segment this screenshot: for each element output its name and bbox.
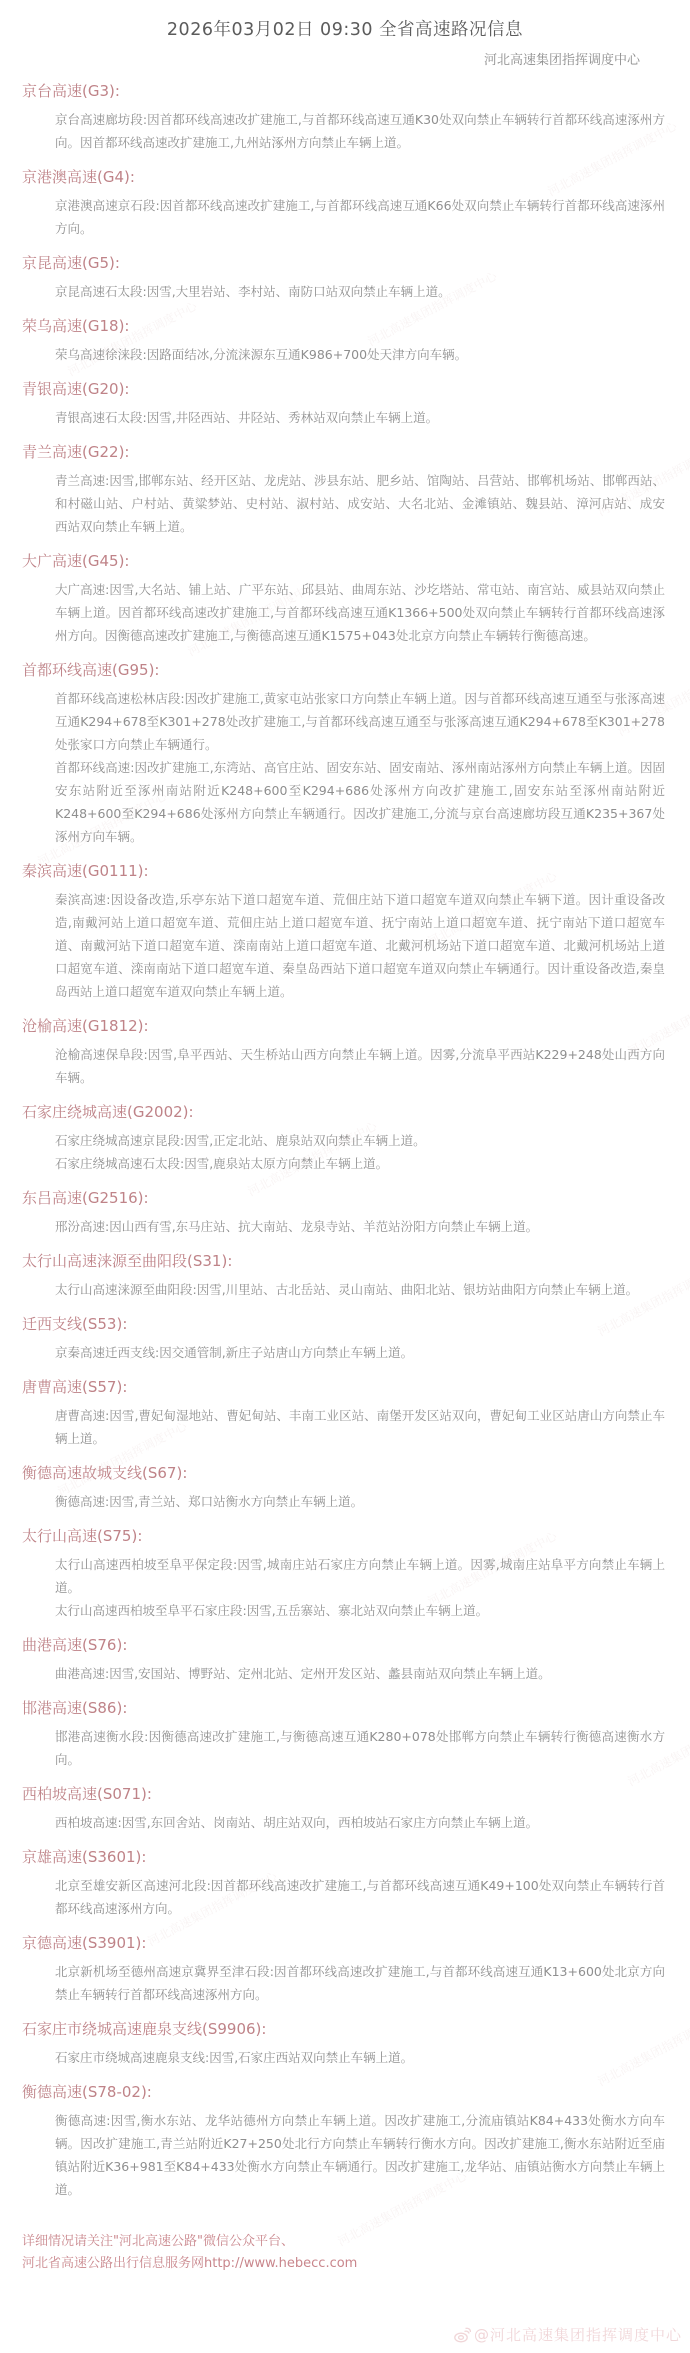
road-name: 青兰高速(G22):: [0, 442, 690, 462]
footer-note-line2: 河北省高速公路出行信息服务网http://www.hebecc.com: [22, 2253, 665, 2275]
road-section: 邯港高速(S86):邯港高速衡水段:因衡德高速改扩建施工,与衡德高速互通K280…: [0, 1698, 690, 1771]
road-info-paragraph: 首都环线高速:因改扩建施工,东湾站、高官庄站、固安东站、固安南站、涿州南站涿州方…: [55, 756, 665, 848]
road-info-paragraph: 太行山高速涞源至曲阳段:因雪,川里站、古北岳站、灵山南站、曲阳北站、银坊站曲阳方…: [55, 1278, 665, 1301]
road-info-paragraph: 荣乌高速徐涞段:因路面结冰,分流涞源东互通K986+700处天津方向车辆。: [55, 343, 665, 366]
road-section: 京雄高速(S3601):北京至雄安新区高速河北段:因首都环线高速改扩建施工,与首…: [0, 1847, 690, 1920]
road-section: 西柏坡高速(S071):西柏坡高速:因雪,东回舍站、岗南站、胡庄站双向，西柏坡站…: [0, 1784, 690, 1834]
traffic-report-page: 2026年03月02日 09:30 全省高速路况信息 河北高速集团指挥调度中心 …: [0, 0, 690, 2353]
road-section: 京台高速(G3):京台高速廊坊段:因首都环线高速改扩建施工,与首都环线高速互通K…: [0, 81, 690, 154]
footer-note: 详细情况请关注"河北高速公路"微信公众平台、 河北省高速公路出行信息服务网htt…: [22, 2231, 665, 2275]
road-info-paragraph: 青银高速石太段:因雪,井陉西站、井陉站、秀林站双向禁止车辆上道。: [55, 406, 665, 429]
road-name: 沧榆高速(G1812):: [0, 1016, 690, 1036]
road-section: 京德高速(S3901):北京新机场至德州高速京冀界至津石段:因首都环线高速改扩建…: [0, 1933, 690, 2006]
road-name: 太行山高速涞源至曲阳段(S31):: [0, 1251, 690, 1271]
page-title: 2026年03月02日 09:30 全省高速路况信息: [0, 0, 690, 41]
road-section: 首都环线高速(G95):首都环线高速松林店段:因改扩建施工,黄家屯站张家口方向禁…: [0, 660, 690, 848]
road-name: 太行山高速(S75):: [0, 1526, 690, 1546]
road-name: 青银高速(G20):: [0, 379, 690, 399]
road-info-paragraph: 邯港高速衡水段:因衡德高速改扩建施工,与衡德高速互通K280+078处邯郸方向禁…: [55, 1725, 665, 1771]
road-name: 秦滨高速(G0111):: [0, 861, 690, 881]
road-section: 迁西支线(S53):京秦高速迁西支线:因交通管制,新庄子站唐山方向禁止车辆上道。: [0, 1314, 690, 1364]
road-name: 京雄高速(S3601):: [0, 1847, 690, 1867]
road-section: 石家庄绕城高速(G2002):石家庄绕城高速京昆段:因雪,正定北站、鹿泉站双向禁…: [0, 1102, 690, 1175]
road-name: 东吕高速(G2516):: [0, 1188, 690, 1208]
watermark-credit-text: @河北高速集团指挥调度中心: [474, 2324, 682, 2345]
road-section: 太行山高速(S75):太行山高速西柏坡至阜平保定段:因雪,城南庄站石家庄方向禁止…: [0, 1526, 690, 1622]
road-section: 青兰高速(G22):青兰高速:因雪,邯郸东站、经开区站、龙虎站、涉县东站、肥乡站…: [0, 442, 690, 538]
road-name: 曲港高速(S76):: [0, 1635, 690, 1655]
road-section: 沧榆高速(G1812):沧榆高速保阜段:因雪,阜平西站、天生桥站山西方向禁止车辆…: [0, 1016, 690, 1089]
road-name: 首都环线高速(G95):: [0, 660, 690, 680]
road-name: 石家庄市绕城高速鹿泉支线(S9906):: [0, 2019, 690, 2039]
road-info-paragraph: 北京至雄安新区高速河北段:因首都环线高速改扩建施工,与首都环线高速互通K49+1…: [55, 1874, 665, 1920]
road-info-paragraph: 曲港高速:因雪,安国站、博野站、定州北站、定州开发区站、蠡县南站双向禁止车辆上道…: [55, 1662, 665, 1685]
road-section: 京昆高速(G5):京昆高速石太段:因雪,大里岩站、李村站、南防口站双向禁止车辆上…: [0, 253, 690, 303]
road-section: 秦滨高速(G0111):秦滨高速:因设备改造,乐亭东站下道口超宽车道、荒佃庄站下…: [0, 861, 690, 1003]
road-info-paragraph: 北京新机场至德州高速京冀界至津石段:因首都环线高速改扩建施工,与首都环线高速互通…: [55, 1960, 665, 2006]
road-info-paragraph: 秦滨高速:因设备改造,乐亭东站下道口超宽车道、荒佃庄站下道口超宽车道双向禁止车辆…: [55, 888, 665, 1003]
road-name: 迁西支线(S53):: [0, 1314, 690, 1334]
road-name: 邯港高速(S86):: [0, 1698, 690, 1718]
road-info-paragraph: 西柏坡高速:因雪,东回舍站、岗南站、胡庄站双向，西柏坡站石家庄方向禁止车辆上道。: [55, 1811, 665, 1834]
road-info-paragraph: 石家庄市绕城高速鹿泉支线:因雪,石家庄西站双向禁止车辆上道。: [55, 2046, 665, 2069]
road-section: 太行山高速涞源至曲阳段(S31):太行山高速涞源至曲阳段:因雪,川里站、古北岳站…: [0, 1251, 690, 1301]
road-name: 衡德高速(S78-02):: [0, 2082, 690, 2102]
road-info-paragraph: 太行山高速西柏坡至阜平保定段:因雪,城南庄站石家庄方向禁止车辆上道。因雾,城南庄…: [55, 1553, 665, 1599]
road-info-paragraph: 京秦高速迁西支线:因交通管制,新庄子站唐山方向禁止车辆上道。: [55, 1341, 665, 1364]
road-section: 青银高速(G20):青银高速石太段:因雪,井陉西站、井陉站、秀林站双向禁止车辆上…: [0, 379, 690, 429]
road-section: 唐曹高速(S57):唐曹高速:因雪,曹妃甸湿地站、曹妃甸站、丰南工业区站、南堡开…: [0, 1377, 690, 1450]
road-name: 京德高速(S3901):: [0, 1933, 690, 1953]
road-info-paragraph: 大广高速:因雪,大名站、铺上站、广平东站、邱县站、曲周东站、沙圪塔站、常屯站、南…: [55, 578, 665, 647]
road-info-paragraph: 青兰高速:因雪,邯郸东站、经开区站、龙虎站、涉县东站、肥乡站、馆陶站、吕营站、邯…: [55, 469, 665, 538]
road-section: 大广高速(G45):大广高速:因雪,大名站、铺上站、广平东站、邱县站、曲周东站、…: [0, 551, 690, 647]
road-sections-list: 京台高速(G3):京台高速廊坊段:因首都环线高速改扩建施工,与首都环线高速互通K…: [0, 81, 690, 2201]
footer-note-line1: 详细情况请关注"河北高速公路"微信公众平台、: [22, 2231, 665, 2253]
watermark-credit: @河北高速集团指挥调度中心: [453, 2324, 682, 2345]
road-name: 荣乌高速(G18):: [0, 316, 690, 336]
road-section: 石家庄市绕城高速鹿泉支线(S9906):石家庄市绕城高速鹿泉支线:因雪,石家庄西…: [0, 2019, 690, 2069]
road-name: 京台高速(G3):: [0, 81, 690, 101]
road-section: 衡德高速(S78-02):衡德高速:因雪,衡水东站、龙华站德州方向禁止车辆上道。…: [0, 2082, 690, 2201]
road-name: 石家庄绕城高速(G2002):: [0, 1102, 690, 1122]
road-info-paragraph: 邢汾高速:因山西有雪,东马庄站、抗大南站、龙泉寺站、羊范站汾阳方向禁止车辆上道。: [55, 1215, 665, 1238]
road-name: 京昆高速(G5):: [0, 253, 690, 273]
road-name: 衡德高速故城支线(S67):: [0, 1463, 690, 1483]
road-info-paragraph: 首都环线高速松林店段:因改扩建施工,黄家屯站张家口方向禁止车辆上道。因与首都环线…: [55, 687, 665, 756]
road-info-paragraph: 京港澳高速京石段:因首都环线高速改扩建施工,与首都环线高速互通K66处双向禁止车…: [55, 194, 665, 240]
road-info-paragraph: 石家庄绕城高速京昆段:因雪,正定北站、鹿泉站双向禁止车辆上道。: [55, 1129, 665, 1152]
road-section: 曲港高速(S76):曲港高速:因雪,安国站、博野站、定州北站、定州开发区站、蠡县…: [0, 1635, 690, 1685]
road-section: 东吕高速(G2516):邢汾高速:因山西有雪,东马庄站、抗大南站、龙泉寺站、羊范…: [0, 1188, 690, 1238]
road-info-paragraph: 京台高速廊坊段:因首都环线高速改扩建施工,与首都环线高速互通K30处双向禁止车辆…: [55, 108, 665, 154]
road-section: 荣乌高速(G18):荣乌高速徐涞段:因路面结冰,分流涞源东互通K986+700处…: [0, 316, 690, 366]
road-name: 唐曹高速(S57):: [0, 1377, 690, 1397]
road-name: 西柏坡高速(S071):: [0, 1784, 690, 1804]
road-info-paragraph: 衡德高速:因雪,青兰站、郑口站衡水方向禁止车辆上道。: [55, 1490, 665, 1513]
road-info-paragraph: 沧榆高速保阜段:因雪,阜平西站、天生桥站山西方向禁止车辆上道。因雾,分流阜平西站…: [55, 1043, 665, 1089]
road-section: 京港澳高速(G4):京港澳高速京石段:因首都环线高速改扩建施工,与首都环线高速互…: [0, 167, 690, 240]
road-info-paragraph: 石家庄绕城高速石太段:因雪,鹿泉站太原方向禁止车辆上道。: [55, 1152, 665, 1175]
page-subtitle: 河北高速集团指挥调度中心: [0, 49, 690, 68]
road-section: 衡德高速故城支线(S67):衡德高速:因雪,青兰站、郑口站衡水方向禁止车辆上道。: [0, 1463, 690, 1513]
weibo-icon: [453, 2327, 471, 2343]
road-name: 京港澳高速(G4):: [0, 167, 690, 187]
road-name: 大广高速(G45):: [0, 551, 690, 571]
road-info-paragraph: 太行山高速西柏坡至阜平石家庄段:因雪,五岳寨站、寨北站双向禁止车辆上道。: [55, 1599, 665, 1622]
road-info-paragraph: 京昆高速石太段:因雪,大里岩站、李村站、南防口站双向禁止车辆上道。: [55, 280, 665, 303]
road-info-paragraph: 衡德高速:因雪,衡水东站、龙华站德州方向禁止车辆上道。因改扩建施工,分流庙镇站K…: [55, 2109, 665, 2201]
road-info-paragraph: 唐曹高速:因雪,曹妃甸湿地站、曹妃甸站、丰南工业区站、南堡开发区站双向，曹妃甸工…: [55, 1404, 665, 1450]
